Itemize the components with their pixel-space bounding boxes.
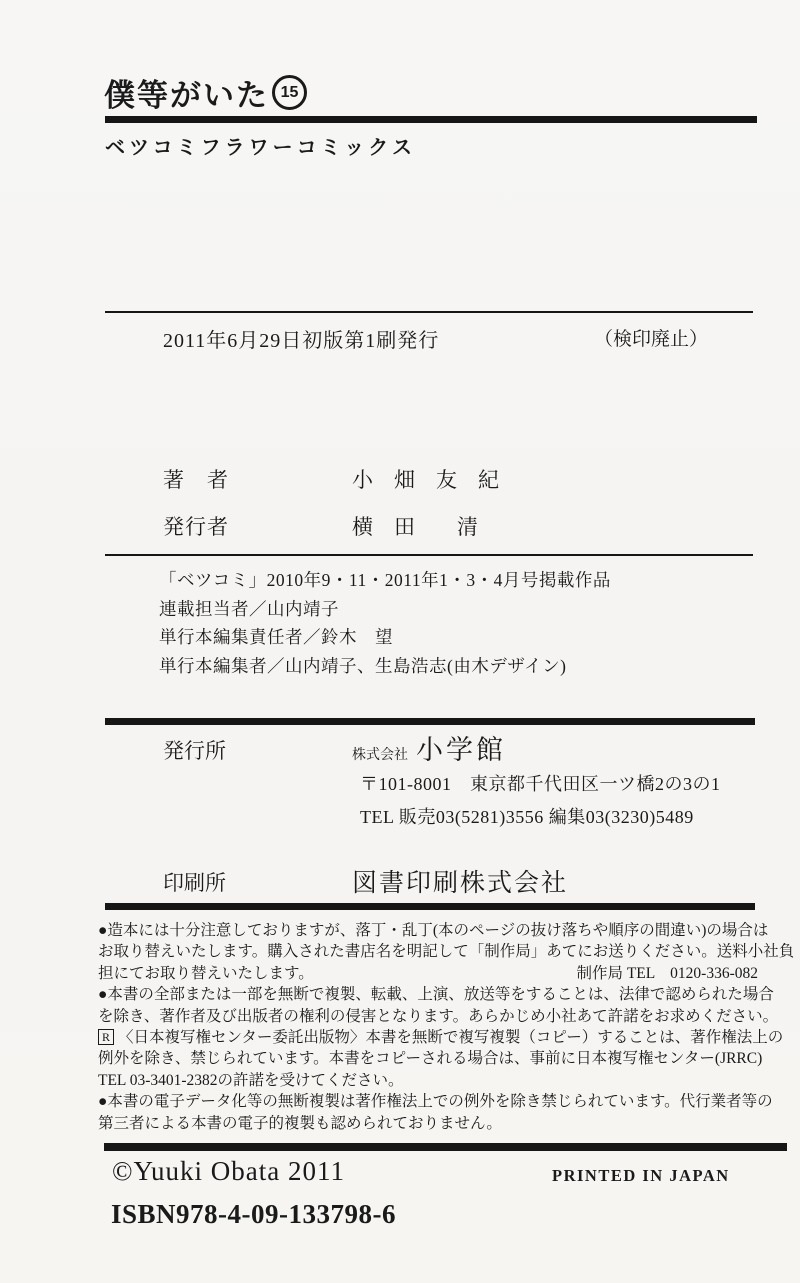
credits-line: 単行本編集責任者／鈴木 望 (159, 623, 611, 652)
legal-notices: ●造本には十分注意しておりますが、落丁・乱丁(本のページの抜け落ちや順序の間違い… (98, 920, 758, 1134)
legal-line: お取り替えいたします。購入された書店名を明記して「制作局」あてにお送りください。… (98, 941, 758, 962)
book-title-text: 僕等がいた (104, 70, 269, 115)
seisakukyoku-phone: 制作局 TEL 0120-336-082 (576, 963, 758, 984)
publisher-company: 株式会社 小学館 (352, 728, 506, 767)
legal-line-left: 担にてお取り替えいたします。 (98, 963, 314, 984)
inspection-note: （検印廃止） (594, 324, 708, 351)
book-title: 僕等がいた 15 (104, 70, 307, 115)
legal-line: を除き、著作者及び出版者の権利の侵害となります。あらかじめ小社あて許諾をお求めく… (98, 1006, 758, 1027)
date-divider-rule (105, 311, 753, 313)
legal-line: ●本書の全部または一部を無断で複製、転載、上演、放送等をすることは、法律で認めら… (98, 984, 758, 1005)
legal-line: 第三者による本書の電子的複製も認められておりません。 (98, 1113, 758, 1134)
footer-divider-rule (104, 1143, 787, 1151)
series-label: ベツコミフラワーコミックス (105, 131, 416, 160)
company-name: 小学館 (416, 728, 506, 767)
legal-line-text: 〈日本複写権センター委託出版物〉本書を無断で複写複製（コピー）することは、著作権… (118, 1029, 783, 1046)
credits-line: 単行本編集者／山内靖子、生島浩志(由木デザイン) (159, 652, 611, 681)
jrrc-registered-mark: R (98, 1029, 114, 1045)
print-date: 2011年6月29日初版第1刷発行 (163, 324, 439, 353)
issuer-label: 発行者 (163, 511, 229, 541)
volume-number-badge: 15 (272, 75, 307, 110)
volume-number: 15 (281, 84, 299, 102)
author-name: 小 畑 友 紀 (352, 464, 499, 494)
issuer-name: 横 田 清 (352, 511, 478, 541)
legal-line: ●造本には十分注意しておりますが、落丁・乱丁(本のページの抜け落ちや順序の間違い… (98, 920, 758, 941)
printer-label: 印刷所 (163, 867, 226, 897)
printer-name: 図書印刷株式会社 (352, 863, 568, 899)
legal-line: 例外を除き、禁じられています。本書をコピーされる場合は、事前に日本複写権センター… (98, 1048, 758, 1069)
legal-divider-rule (105, 903, 755, 910)
legal-line: R〈日本複写権センター委託出版物〉本書を無断で複写複製（コピー）することは、著作… (98, 1027, 758, 1048)
title-divider-rule (105, 116, 757, 123)
company-prefix: 株式会社 (352, 744, 408, 764)
credits-line: 「ベツコミ」2010年9・11・2011年1・3・4月号掲載作品 (159, 566, 611, 595)
publisher-divider-rule (105, 718, 755, 725)
legal-line: 担にてお取り替えいたします。 制作局 TEL 0120-336-082 (98, 963, 758, 984)
printed-in-japan: PRINTED IN JAPAN (552, 1166, 730, 1186)
publisher-address: 〒101-8001 東京都千代田区一ツ橋2の3の1 (360, 770, 721, 796)
legal-line: ●本書の電子データ化等の無断複製は著作権法上での例外を除き禁じられています。代行… (98, 1091, 758, 1112)
serialization-credits: 「ベツコミ」2010年9・11・2011年1・3・4月号掲載作品 連載担当者／山… (159, 566, 611, 680)
author-label: 著 者 (163, 464, 229, 494)
publisher-label: 発行所 (163, 735, 226, 765)
legal-line: TEL 03-3401-2382の許諾を受けてください。 (98, 1070, 758, 1091)
publisher-phone: TEL 販売03(5281)3556 編集03(3230)5489 (360, 803, 694, 829)
isbn-number: ISBN978-4-09-133798-6 (111, 1199, 396, 1230)
colophon-page: 僕等がいた 15 ベツコミフラワーコミックス 2011年6月29日初版第1刷発行… (0, 0, 800, 1283)
copyright-line: ©Yuuki Obata 2011 (112, 1156, 345, 1187)
credits-divider-rule (105, 554, 753, 556)
credits-line: 連載担当者／山内靖子 (159, 595, 611, 624)
